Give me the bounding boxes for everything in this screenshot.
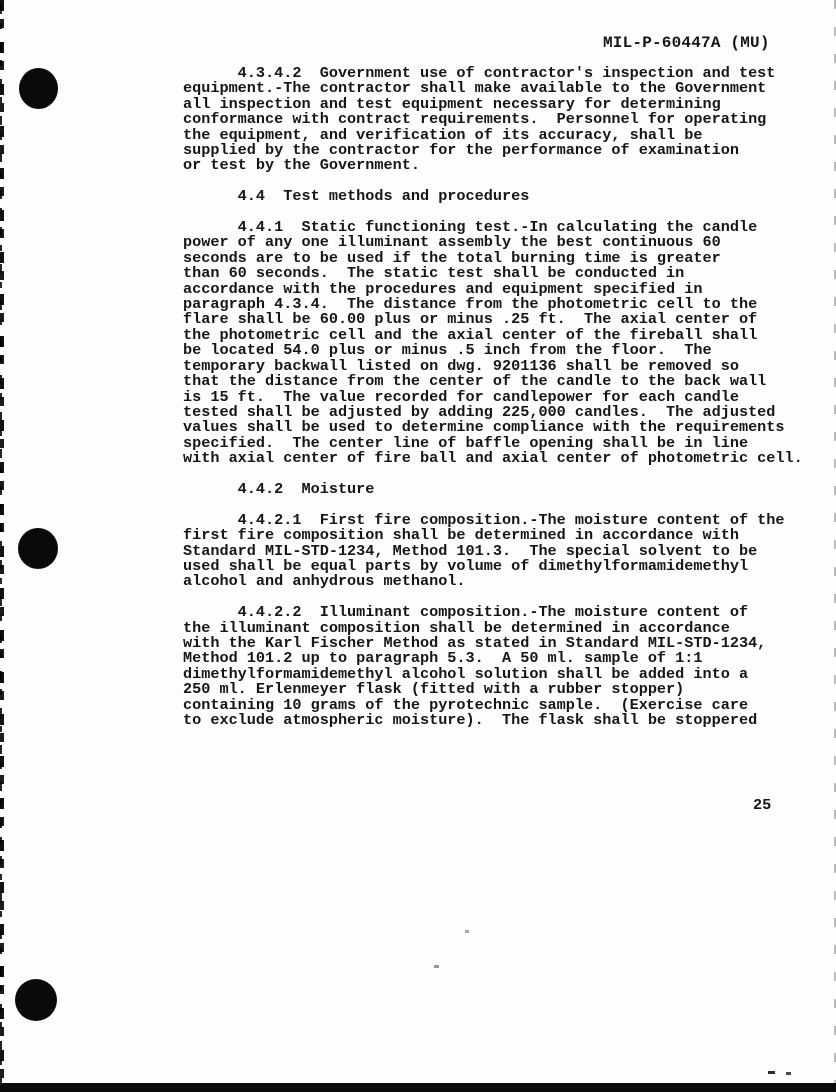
punch-hole-mark (18, 528, 58, 569)
heading-4-4: 4.4 Test methods and procedures (183, 189, 823, 204)
paragraph-4-4-2-2: 4.4.2.2 Illuminant composition.-The mois… (183, 605, 823, 728)
page-number: 25 (753, 796, 771, 814)
paragraph-4-4-1: 4.4.1 Static functioning test.-In calcul… (183, 220, 823, 467)
scan-speck (434, 965, 439, 968)
scan-edge-artifact-left-inner (0, 0, 2, 1086)
document-id-header: MIL-P-60447A (MU) (603, 34, 770, 52)
paragraph-4-3-4-2: 4.3.4.2 Government use of contractor's i… (183, 66, 823, 174)
document-page: MIL-P-60447A (MU) 4.3.4.2 Government use… (0, 0, 836, 1092)
scan-bottom-bar (0, 1083, 836, 1092)
paragraph-4-4-2-1: 4.4.2.1 First fire composition.-The mois… (183, 513, 823, 590)
punch-hole-mark (15, 979, 57, 1021)
scan-speck (768, 1071, 775, 1074)
document-body: 4.3.4.2 Government use of contractor's i… (183, 66, 823, 744)
heading-4-4-2: 4.4.2 Moisture (183, 482, 823, 497)
scan-speck (465, 930, 469, 933)
scan-speck (786, 1072, 791, 1075)
punch-hole-mark (19, 68, 58, 109)
